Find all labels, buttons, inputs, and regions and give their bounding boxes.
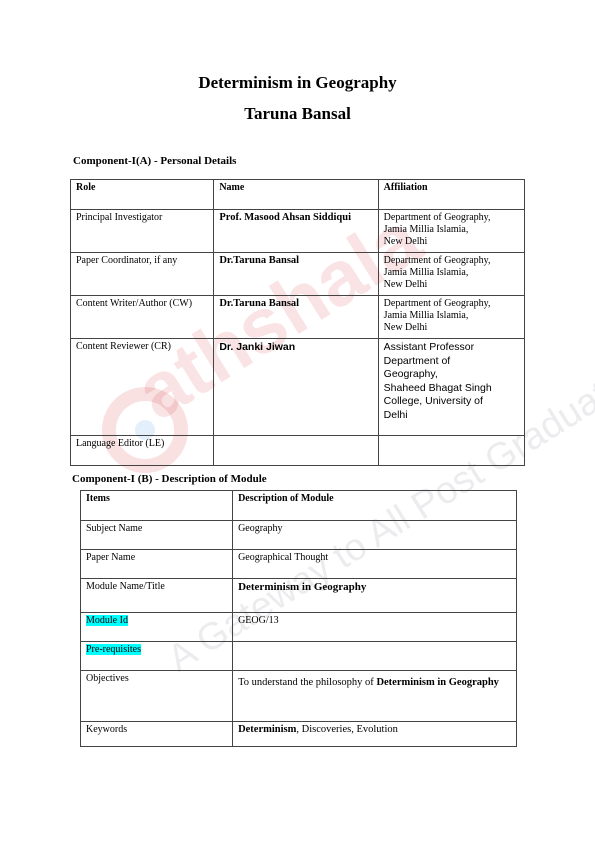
item-cell: Module Name/Title xyxy=(81,579,233,613)
value-cell: Determinism, Discoveries, Evolution xyxy=(233,722,517,747)
item-cell: Pre-requisites xyxy=(81,642,233,671)
role-cell: Paper Coordinator, if any xyxy=(71,253,214,296)
name-cell: Dr.Taruna Bansal xyxy=(214,253,378,296)
objective-text: To understand the philosophy of xyxy=(238,677,376,688)
item-cell: Objectives xyxy=(81,671,233,722)
value-cell xyxy=(233,642,517,671)
value-cell: Geography xyxy=(233,521,517,550)
table-row: Content Writer/Author (CW) Dr.Taruna Ban… xyxy=(71,296,525,339)
table-row: Paper Coordinator, if any Dr.Taruna Bans… xyxy=(71,253,525,296)
affiliation-cell: Department of Geography, Jamia Millia Is… xyxy=(378,296,524,339)
name-cell: Prof. Masood Ahsan Siddiqui xyxy=(214,210,378,253)
role-cell: Content Writer/Author (CW) xyxy=(71,296,214,339)
affiliation-cell xyxy=(378,436,524,466)
column-header-description: Description of Module xyxy=(233,491,517,521)
column-header-affiliation: Affiliation xyxy=(378,180,524,210)
module-description-table: Items Description of Module Subject Name… xyxy=(80,490,517,747)
item-cell: Paper Name xyxy=(81,550,233,579)
table-row: Language Editor (LE) xyxy=(71,436,525,466)
table-header-row: Role Name Affiliation xyxy=(71,180,525,210)
name-cell: Dr.Taruna Bansal xyxy=(214,296,378,339)
name-cell: Dr. Janki Jiwan xyxy=(214,339,378,436)
highlighted-label: Pre-requisites xyxy=(86,644,141,655)
table-row: Module Name/Title Determinism in Geograp… xyxy=(81,579,517,613)
role-cell: Principal Investigator xyxy=(71,210,214,253)
value-cell: GEOG/13 xyxy=(233,613,517,642)
keyword-bold-text: Determinism xyxy=(238,724,296,735)
keyword-text: , Discoveries, Evolution xyxy=(296,724,397,735)
role-cell: Content Reviewer (CR) xyxy=(71,339,214,436)
personal-details-table: Role Name Affiliation Principal Investig… xyxy=(70,179,525,466)
table-row: Content Reviewer (CR) Dr. Janki Jiwan As… xyxy=(71,339,525,436)
role-cell: Language Editor (LE) xyxy=(71,436,214,466)
affiliation-cell: Assistant Professor Department of Geogra… xyxy=(378,339,524,436)
table-row: Objectives To understand the philosophy … xyxy=(81,671,517,722)
objective-bold-text: Determinism in Geography xyxy=(376,677,499,688)
document-author: Taruna Bansal xyxy=(0,104,595,124)
value-cell: Geographical Thought xyxy=(233,550,517,579)
table-row: Paper Name Geographical Thought xyxy=(81,550,517,579)
table-header-row: Items Description of Module xyxy=(81,491,517,521)
item-cell: Subject Name xyxy=(81,521,233,550)
name-cell xyxy=(214,436,378,466)
affiliation-cell: Department of Geography, Jamia Millia Is… xyxy=(378,210,524,253)
table-row: Module Id GEOG/13 xyxy=(81,613,517,642)
column-header-items: Items xyxy=(81,491,233,521)
value-cell: To understand the philosophy of Determin… xyxy=(233,671,517,722)
table-row: Principal Investigator Prof. Masood Ahsa… xyxy=(71,210,525,253)
item-cell: Module Id xyxy=(81,613,233,642)
module-description-heading: Component-I (B) - Description of Module xyxy=(72,473,267,485)
column-header-name: Name xyxy=(214,180,378,210)
highlighted-label: Module Id xyxy=(86,615,128,626)
affiliation-cell: Department of Geography, Jamia Millia Is… xyxy=(378,253,524,296)
personal-details-heading: Component-I(A) - Personal Details xyxy=(73,155,236,167)
table-row: Pre-requisites xyxy=(81,642,517,671)
table-row: Subject Name Geography xyxy=(81,521,517,550)
table-row: Keywords Determinism, Discoveries, Evolu… xyxy=(81,722,517,747)
item-cell: Keywords xyxy=(81,722,233,747)
document-title: Determinism in Geography xyxy=(0,73,595,93)
column-header-role: Role xyxy=(71,180,214,210)
value-cell: Determinism in Geography xyxy=(233,579,517,613)
